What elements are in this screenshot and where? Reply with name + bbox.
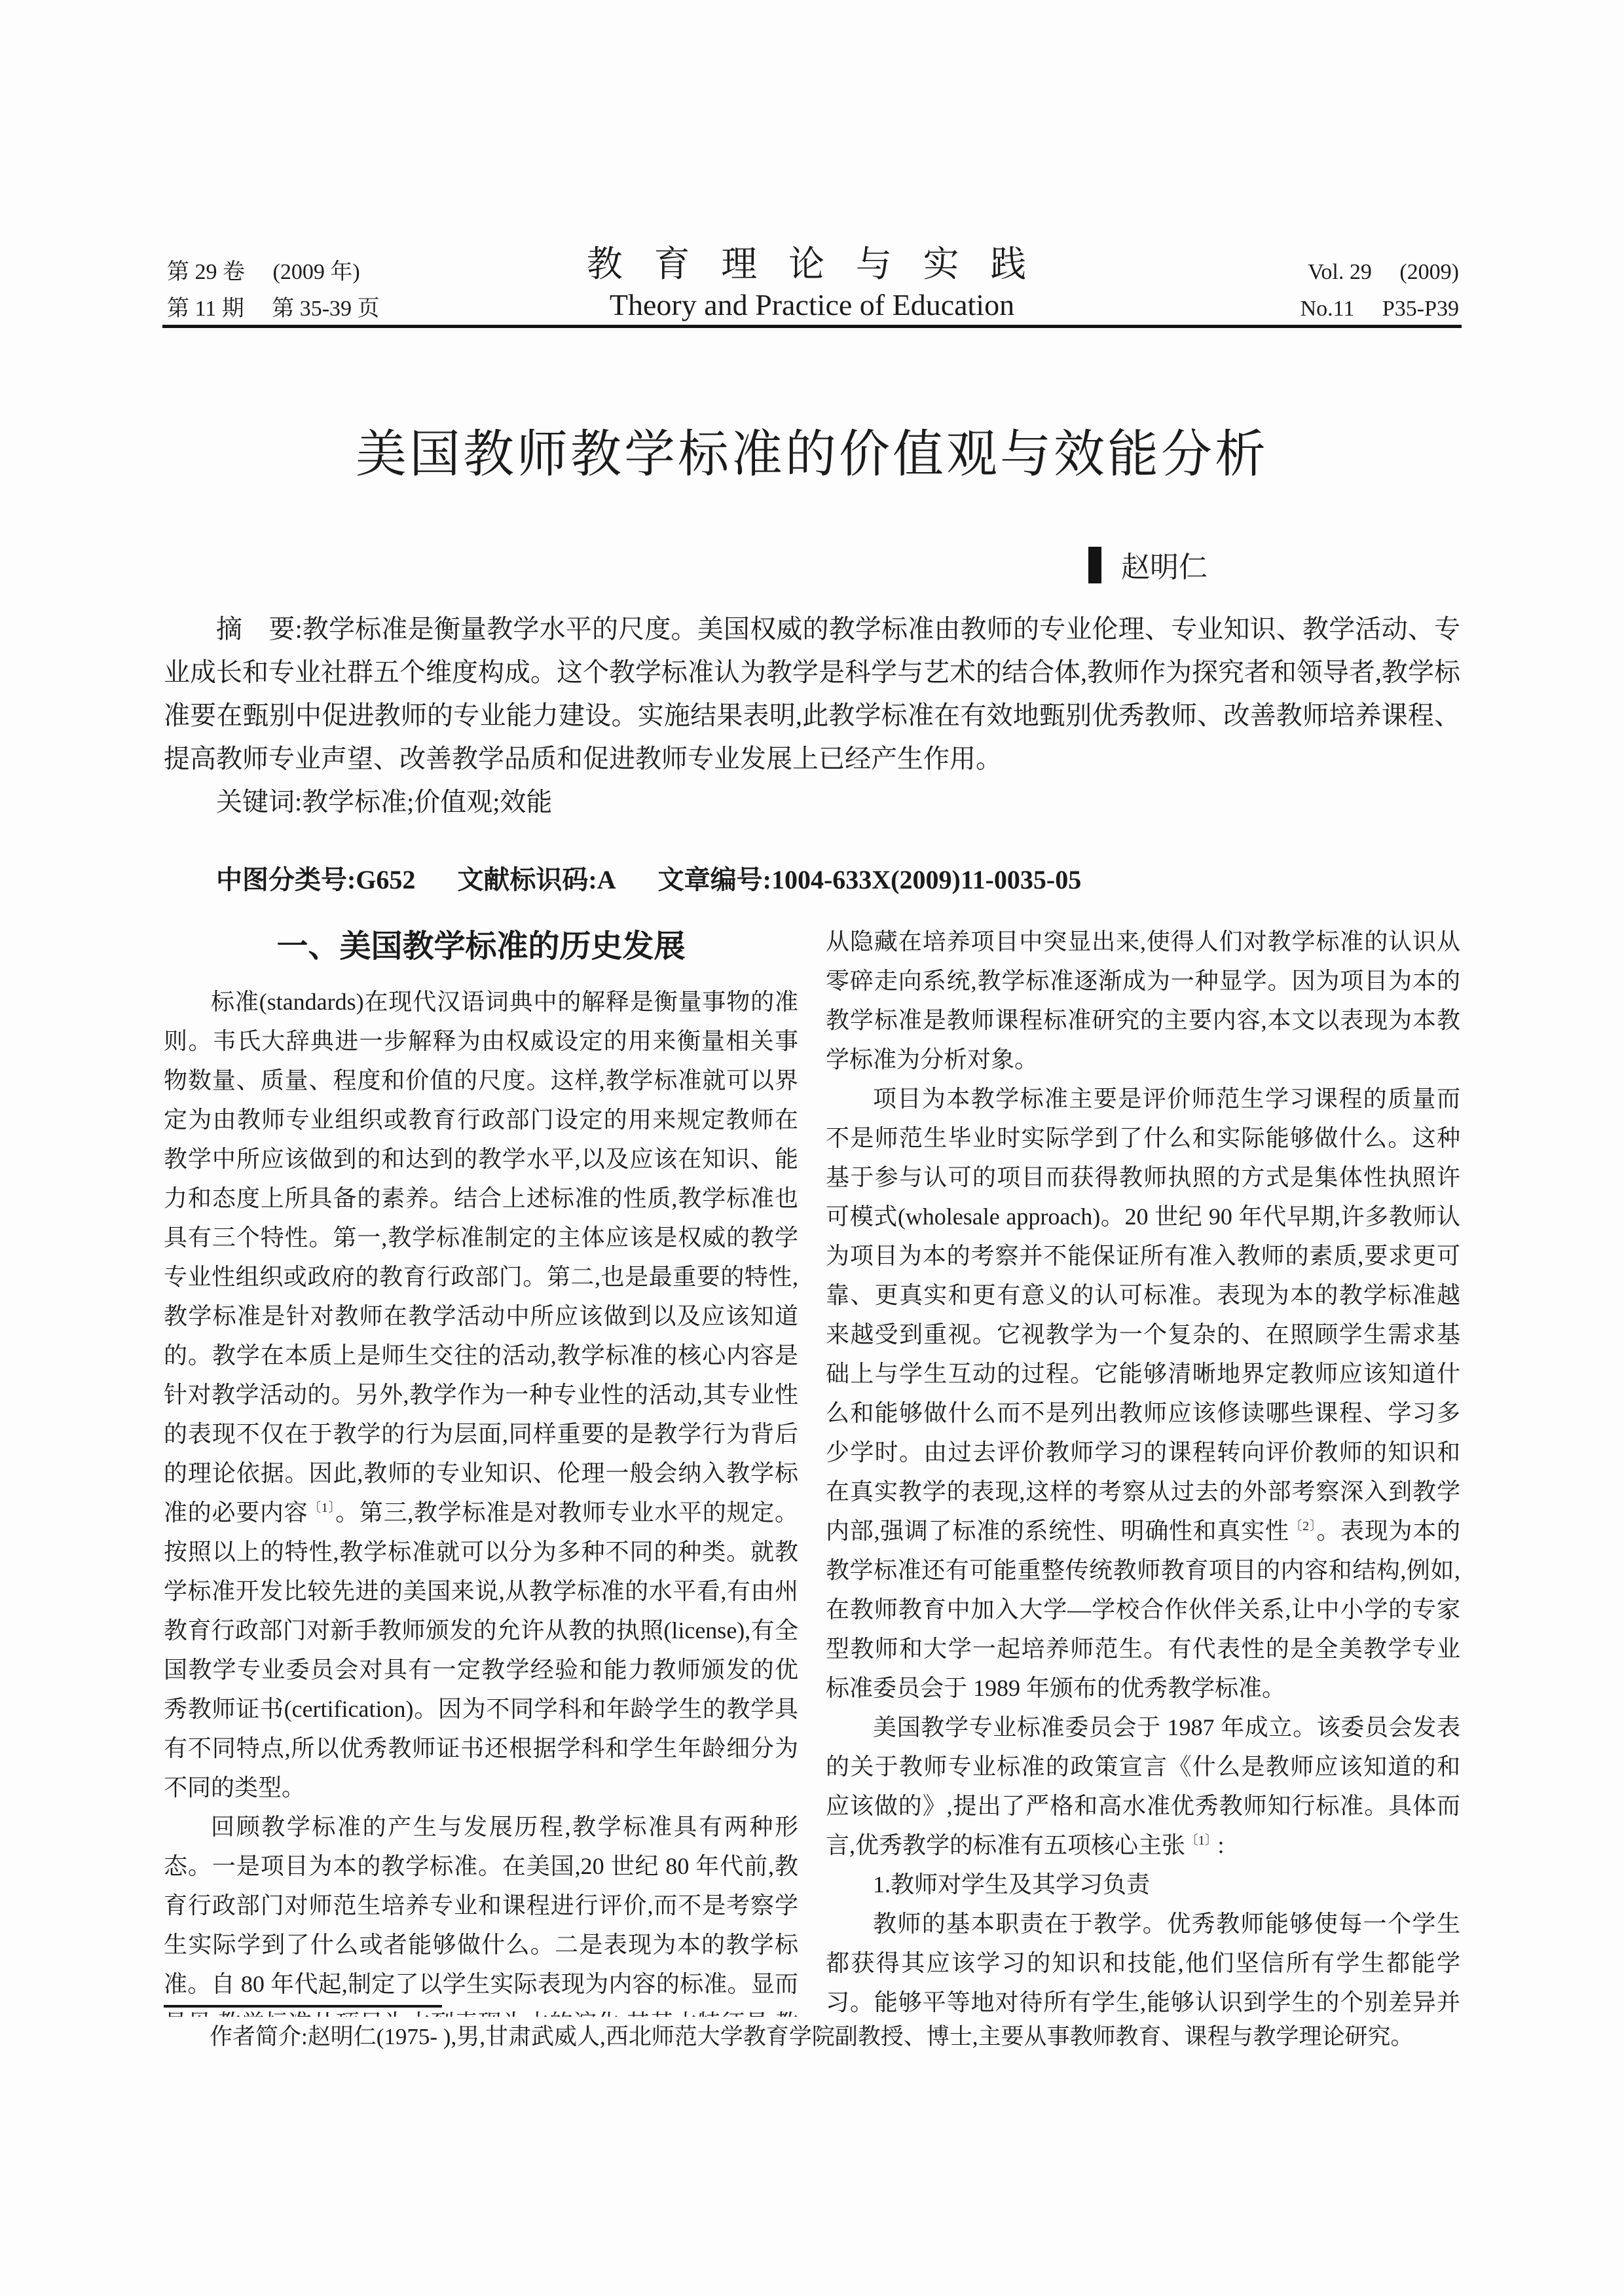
header-volume-line-en: Vol. 29 (2009) — [1301, 254, 1459, 291]
body-paragraph: 回顾教学标准的产生与发展历程,教学标准具有两种形态。一是项目为本的教学标准。在美… — [164, 1807, 798, 2017]
body-paragraph-continuation: 从隐藏在培养项目中突显出来,使得人们对教学标准的认识从零碎走向系统,教学标准逐渐… — [826, 922, 1460, 1079]
classification-line: 中图分类号:G652文献标识码:A文章编号:1004-633X(2009)11-… — [164, 859, 1460, 896]
paragraph-text: 标准(standards)在现代汉语词典中的解释是衡量事物的准则。韦氏大辞典进一… — [164, 989, 798, 1526]
author-line: 赵明仁 — [1088, 543, 1208, 585]
paragraph-text: 。第三,教学标准是对教师专业水平的规定。按照以上的特性,教学标准就可以分为多种不… — [164, 1499, 798, 1801]
section1-heading: 一、美国教学标准的历史发展 — [164, 926, 798, 968]
article-body: 一、美国教学标准的历史发展 标准(standards)在现代汉语词典中的解释是衡… — [164, 922, 1460, 2017]
citation-ref-2: 〔2〕 — [1289, 1519, 1317, 1533]
paragraph-text: 项目为本教学标准主要是评价师范生学习课程的质量而不是师范生毕业时实际学到了什么和… — [826, 1086, 1460, 1544]
keywords-line: 关键词:教学标准;价值观;效能 — [164, 780, 1460, 824]
author-bio-footnote: 作者简介:赵明仁(1975- ),男,甘肃武威人,西北师范大学教育学院副教授、博… — [164, 2021, 1460, 2053]
journal-page: 第 29 卷 (2009 年) 第 11 期 第 35-39 页 教 育 理 论… — [0, 0, 1624, 2295]
header-issue-line-en: No.11 P35-P39 — [1301, 291, 1459, 327]
paragraph-text: 美国教学专业标准委员会于 1987 年成立。该委员会发表的关于教师专业标准的政策… — [826, 1714, 1460, 1858]
document-code: 文献标识码:A — [457, 865, 616, 894]
footnote-divider — [164, 2005, 442, 2008]
article-id: 文章编号:1004-633X(2009)11-0035-05 — [658, 865, 1082, 894]
left-column: 一、美国教学标准的历史发展 标准(standards)在现代汉语词典中的解释是衡… — [164, 922, 798, 2017]
abstract-text: 摘 要:教学标准是衡量教学水平的尺度。美国权威的教学标准由教师的专业伦理、专业知… — [164, 608, 1460, 780]
paragraph-text: : — [1217, 1832, 1224, 1858]
body-paragraph: 教师的基本职责在于教学。优秀教师能够使每一个学生都获得其应该学习的知识和技能,他… — [826, 1904, 1460, 2017]
body-paragraph: 标准(standards)在现代汉语词典中的解释是衡量事物的准则。韦氏大辞典进一… — [164, 982, 798, 1807]
header-divider — [162, 325, 1462, 328]
body-paragraph: 项目为本教学标准主要是评价师范生学习课程的质量而不是师范生毕业时实际学到了什么和… — [826, 1079, 1460, 1708]
citation-ref-1: 〔1〕 — [308, 1501, 335, 1515]
header-volume-info-en: Vol. 29 (2009) No.11 P35-P39 — [1301, 254, 1459, 327]
citation-ref-1: 〔1〕 — [1185, 1833, 1217, 1848]
author-marker-icon — [1088, 547, 1101, 583]
author-name: 赵明仁 — [1121, 551, 1208, 583]
right-column: 从隐藏在培养项目中突显出来,使得人们对教学标准的认识从零碎走向系统,教学标准逐渐… — [826, 922, 1460, 2017]
paragraph-text: 。表现为本的教学标准还有可能重整传统教师教育项目的内容和结构,例如,在教师教育中… — [826, 1518, 1460, 1701]
article-title: 美国教师教学标准的价值观与效能分析 — [0, 422, 1624, 487]
subpoint-heading: 1.教师对学生及其学习负责 — [826, 1865, 1460, 1904]
clc-number: 中图分类号:G652 — [216, 865, 415, 894]
body-paragraph: 美国教学专业标准委员会于 1987 年成立。该委员会发表的关于教师专业标准的政策… — [826, 1708, 1460, 1865]
abstract-block: 摘 要:教学标准是衡量教学水平的尺度。美国权威的教学标准由教师的专业伦理、专业知… — [164, 608, 1460, 824]
